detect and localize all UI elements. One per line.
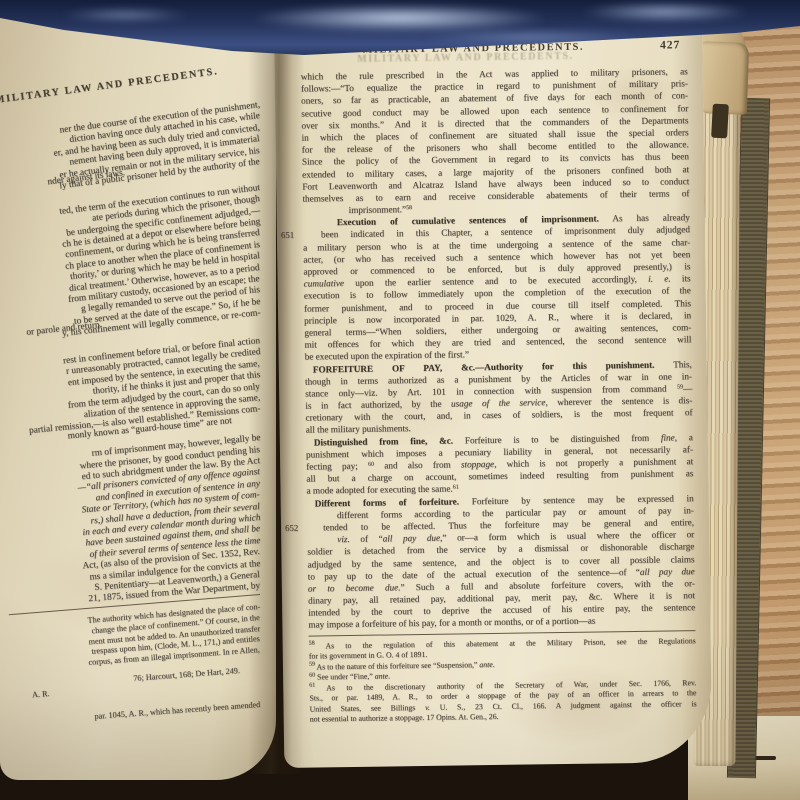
right-page-footnotes: 58 As to the regulation of this abatemen… xyxy=(309,636,697,725)
left-page-body: ner the due course of the execution of t… xyxy=(0,100,260,600)
left-text-line: ate periods during which the prisoner, t… xyxy=(0,194,260,206)
right-footnote-rule xyxy=(309,630,696,636)
line-fragment: corpus, as from an illegal imprisonment.… xyxy=(88,645,260,667)
plastic-reflection xyxy=(250,4,550,32)
left-text-line: State or Territory, (which has no system… xyxy=(0,490,260,502)
left-text-line: monly known as “guard-house time” are no… xyxy=(0,416,260,428)
left-text-line: nder against its laws. xyxy=(0,168,260,180)
left-text-line: thority,’ or during which he may be held… xyxy=(0,251,260,263)
left-text-line: from military custody, occasioned by an … xyxy=(0,274,260,286)
footnote-marker: 58 xyxy=(309,641,315,647)
left-text-line: dical treatment.’ Otherwise, however, as… xyxy=(0,263,260,275)
right-page-text: which the rule prescribed in the Act was… xyxy=(301,65,697,725)
left-text-line: ed to such abridgment under the law. By … xyxy=(0,456,260,468)
star-page-number: 652 xyxy=(285,522,298,534)
footnote-marker: 61 xyxy=(453,485,459,491)
line-fragment: A. R. xyxy=(32,689,50,699)
plastic-reflection xyxy=(580,2,750,22)
cover-gap-shadow xyxy=(711,104,729,139)
footnote-marker: 59 xyxy=(309,662,315,668)
book-photo-scene: MILITARY LAW AND PRECEDENTS. ner the due… xyxy=(0,0,800,800)
left-text-line: Act, (as also of the provision of Sec. 1… xyxy=(0,547,260,559)
footnote-marker: 59 xyxy=(677,384,683,390)
left-text-line: rest in confinement before trial, or bef… xyxy=(0,336,260,348)
right-page: MILITARY LAW AND PRECEDENTS. MILITARY LA… xyxy=(274,18,712,768)
left-text-line: rm of imprisonment may, however, legally… xyxy=(0,433,260,445)
left-text-line: alization of the sentence in approving t… xyxy=(0,393,260,405)
italic-text: all pay due xyxy=(640,566,695,577)
star-page-number: 651 xyxy=(281,229,294,241)
italic-text: ante xyxy=(479,660,493,669)
footnote-marker: 61 xyxy=(309,683,315,689)
right-page-body: which the rule prescribed in the Act was… xyxy=(301,65,696,631)
left-text-line: S. Penitentiary—at Leavenworth,) a Gener… xyxy=(0,570,260,582)
footnote-marker: 58 xyxy=(406,205,412,211)
left-text-line: ner the due course of the execution of t… xyxy=(0,100,260,112)
italic-text: viz. xyxy=(337,534,350,544)
left-text-line: and confined in execution of sentence in… xyxy=(0,479,260,491)
bold-lead: Different forms of forfeiture. xyxy=(315,496,459,508)
page-number: 427 xyxy=(660,39,680,51)
left-text-line: par. 1045, A. R., which has recently bee… xyxy=(0,700,260,712)
left-page-footnotes: The authority which has designated the p… xyxy=(0,602,260,732)
bold-lead: Distinguished from fine, &c. xyxy=(314,435,453,447)
left-page: MILITARY LAW AND PRECEDENTS. ner the due… xyxy=(0,14,276,780)
left-text-line: g legally remanded to serve out the peri… xyxy=(0,285,260,297)
footnote-marker: 60 xyxy=(368,461,374,467)
left-text-line: thority, if he thinks it just and proper… xyxy=(0,370,260,382)
left-text-line: in each and every calendar month during … xyxy=(0,513,260,525)
left-text-line: where the prisoner, by good conduct pend… xyxy=(0,445,260,457)
italic-text: usage of the service xyxy=(451,397,546,408)
left-text-line: y, his confinement will legally commence… xyxy=(0,308,260,320)
left-text-line: er he actually remain or not in the mili… xyxy=(0,146,260,158)
italic-text: ante xyxy=(375,672,389,681)
left-text-line: corpus, as from an illegal imprisonment.… xyxy=(0,645,260,657)
italic-text: or to become due. xyxy=(308,582,401,593)
left-text-line: partial remission,—is also well establis… xyxy=(0,404,260,416)
left-text-line: rs,) shall have a deduction, from their … xyxy=(0,502,260,514)
line-fragment: 76; Harcourt, 168; De Hart, 249. xyxy=(133,666,240,683)
left-text-line: or parole and return. xyxy=(0,320,260,332)
left-text-line: have been sustained against them, and sh… xyxy=(0,524,260,536)
left-text-line: 21, 1875, issued from the War Department… xyxy=(0,581,260,593)
left-text-line: confinement, or during which he is being… xyxy=(0,228,260,240)
left-text-line: er, and he having been as such duly trie… xyxy=(0,123,260,135)
left-text-line: 76; Harcourt, 168; De Hart, 249. xyxy=(0,666,260,678)
italic-text: fine xyxy=(661,432,675,442)
left-text-line: be undergoing the specific confinement a… xyxy=(0,206,260,218)
left-text-line: ms a similar indulgence for the convicts… xyxy=(0,559,260,571)
left-text-line: ch he is detained at a depot or elsewher… xyxy=(0,217,260,229)
left-text-line: to be served at the date of the escape.”… xyxy=(0,297,260,309)
line-fragment: par. 1045, A. R., which has recently bee… xyxy=(94,700,260,721)
left-text-line: ted, the term of the execution continues… xyxy=(0,183,260,195)
italic-text: stoppage xyxy=(461,459,494,469)
footnote-marker: 60 xyxy=(309,672,315,678)
left-text-line: nement having been duly approved, it is … xyxy=(0,134,260,146)
left-text-line: of their several terms of sentence less … xyxy=(0,536,260,548)
left-text-line: diction having once duly attached in his… xyxy=(0,111,260,123)
italic-text: i. e. xyxy=(648,274,671,284)
left-text-line: r unreasonably protracted, cannot legall… xyxy=(0,347,260,359)
left-text-line: ent imposed by the sentence, in executin… xyxy=(0,359,260,371)
left-text-line: ch place to another when the place of co… xyxy=(0,240,260,252)
left-text-line: from the term adjudged by the court, can… xyxy=(0,382,260,394)
plastic-reflection xyxy=(60,8,190,22)
left-text-line: ly that of a public prisoner held by the… xyxy=(0,157,260,169)
left-text-line: —“all prisoners convicted of any offence… xyxy=(0,467,260,479)
italic-text: all pay due xyxy=(383,533,441,544)
italic-text: v. xyxy=(425,703,430,712)
italic-text: cumulative xyxy=(304,278,344,289)
